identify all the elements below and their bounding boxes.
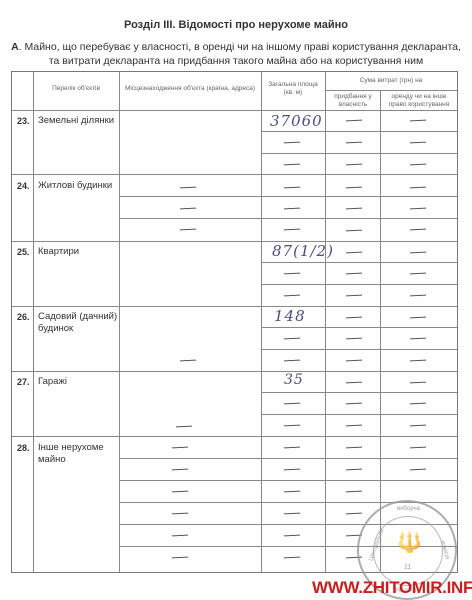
subsection-line-2: та витрати декларанта на придбання таког… — [0, 54, 472, 68]
dash — [284, 229, 300, 231]
row-divider — [12, 371, 457, 372]
site-watermark: WWW.ZHITOMIR.INFO — [312, 578, 472, 598]
subsection-heading: А. Майно, що перебуває у власності, в ор… — [0, 40, 472, 68]
dash — [284, 535, 300, 537]
dash — [284, 295, 300, 297]
subrow-divider — [261, 131, 457, 132]
dash — [346, 208, 362, 210]
dash — [410, 382, 426, 384]
row-label-garden-house: Садовий (дачний) будинок — [38, 311, 118, 335]
dash — [284, 469, 300, 471]
dash — [346, 491, 362, 493]
header-expenses: Сума витрат (грн) на — [325, 77, 457, 85]
dash — [410, 317, 426, 319]
subrow-divider — [119, 218, 457, 219]
dash — [284, 273, 300, 275]
col-divider — [119, 72, 120, 572]
row-number: 28. — [17, 443, 30, 453]
dash — [410, 229, 426, 231]
dash — [346, 273, 362, 275]
header-location: Місцезнаходження об'єкта (країна, адреса… — [119, 85, 261, 93]
dash — [410, 469, 426, 471]
row-label-apartments: Квартири — [38, 246, 79, 257]
dash — [284, 338, 300, 340]
dash — [410, 295, 426, 297]
row-divider — [12, 306, 457, 307]
row-label-houses: Житлові будинки — [38, 180, 112, 191]
subrow-divider — [261, 414, 457, 415]
row-divider — [12, 436, 457, 437]
dash — [172, 469, 188, 471]
row-label-other: Інше нерухоме майно — [38, 442, 116, 466]
dash — [346, 230, 362, 232]
dash — [172, 513, 188, 515]
dash — [180, 360, 196, 362]
row-number: 26. — [17, 312, 30, 322]
dash — [284, 447, 300, 449]
dash — [410, 142, 426, 144]
dash — [410, 273, 426, 275]
subrow-divider — [261, 262, 457, 263]
dash — [410, 360, 426, 362]
dash — [346, 120, 362, 122]
dash — [176, 426, 192, 428]
area-garden-house: 148 — [274, 307, 306, 325]
subrow-divider — [119, 196, 457, 197]
subrow-divider — [261, 392, 457, 393]
section-title: Розділ III. Відомості про нерухоме майно — [0, 19, 472, 31]
dash — [172, 491, 188, 493]
dash — [346, 425, 362, 427]
dash — [180, 187, 196, 189]
dash — [346, 164, 362, 166]
dash — [284, 557, 300, 559]
dash — [346, 513, 362, 515]
col-divider — [33, 72, 34, 572]
dash — [410, 447, 426, 449]
subsection-letter: А — [11, 41, 19, 53]
dash — [284, 208, 300, 210]
dash — [410, 425, 426, 427]
subrow-divider — [261, 349, 457, 350]
dash — [346, 338, 362, 340]
dash — [346, 447, 362, 449]
dash — [284, 142, 300, 144]
col-divider — [325, 72, 326, 572]
stamp-text-top: виборча — [397, 506, 420, 512]
dash — [284, 164, 300, 166]
dash — [180, 229, 196, 231]
row-number: 24. — [17, 181, 30, 191]
subrow-divider — [261, 284, 457, 285]
row-divider — [12, 241, 457, 242]
dash — [284, 360, 300, 362]
dash — [284, 403, 300, 405]
dash — [410, 252, 426, 254]
dash — [410, 120, 426, 122]
row-divider — [12, 174, 457, 175]
area-garage: 35 — [284, 372, 304, 388]
dash — [346, 382, 362, 384]
header-rent: оренду чи на інше право користування — [382, 93, 456, 109]
dash — [410, 208, 426, 210]
dash — [172, 447, 188, 449]
row-divider — [12, 110, 457, 111]
subrow-divider — [119, 458, 457, 459]
area-land: 37060 — [270, 112, 323, 130]
row-label-land: Земельні ділянки — [38, 115, 114, 126]
dash — [410, 187, 426, 189]
dash — [284, 491, 300, 493]
real-estate-table: Перелік об'єктів Місцезнаходження об'єкт… — [11, 71, 458, 573]
dash — [346, 187, 362, 189]
dash — [410, 338, 426, 340]
trident-icon: 🔱 — [397, 530, 422, 555]
area-apartment: 87(1/2) — [272, 242, 334, 260]
dash — [172, 557, 188, 559]
dash — [410, 403, 426, 405]
dash — [410, 164, 426, 166]
dash — [346, 469, 362, 471]
dash — [346, 360, 362, 362]
row-number: 27. — [17, 377, 30, 387]
subrow-divider — [261, 327, 457, 328]
dash — [346, 295, 362, 297]
col-divider — [380, 90, 381, 572]
row-label-garages: Гаражі — [38, 376, 67, 387]
col-divider — [261, 72, 262, 572]
row-divider — [325, 90, 457, 91]
row-number: 25. — [17, 247, 30, 257]
dash — [284, 187, 300, 189]
stamp-number: 11 — [404, 564, 411, 571]
dash — [180, 208, 196, 210]
header-purchase: придбання у власність — [328, 93, 378, 109]
subrow-divider — [119, 480, 457, 481]
dash — [346, 142, 362, 144]
subsection-line-1: . Майно, що перебуває у власності, в оре… — [19, 41, 461, 53]
header-objects: Перелік об'єктів — [33, 85, 119, 93]
dash — [172, 535, 188, 537]
dash — [284, 513, 300, 515]
row-number: 23. — [17, 116, 30, 126]
subrow-divider — [261, 153, 457, 154]
dash — [346, 252, 362, 254]
dash — [346, 403, 362, 405]
dash — [284, 425, 300, 427]
dash — [346, 317, 362, 319]
header-area: Загальна площа (кв. м) — [264, 81, 322, 97]
